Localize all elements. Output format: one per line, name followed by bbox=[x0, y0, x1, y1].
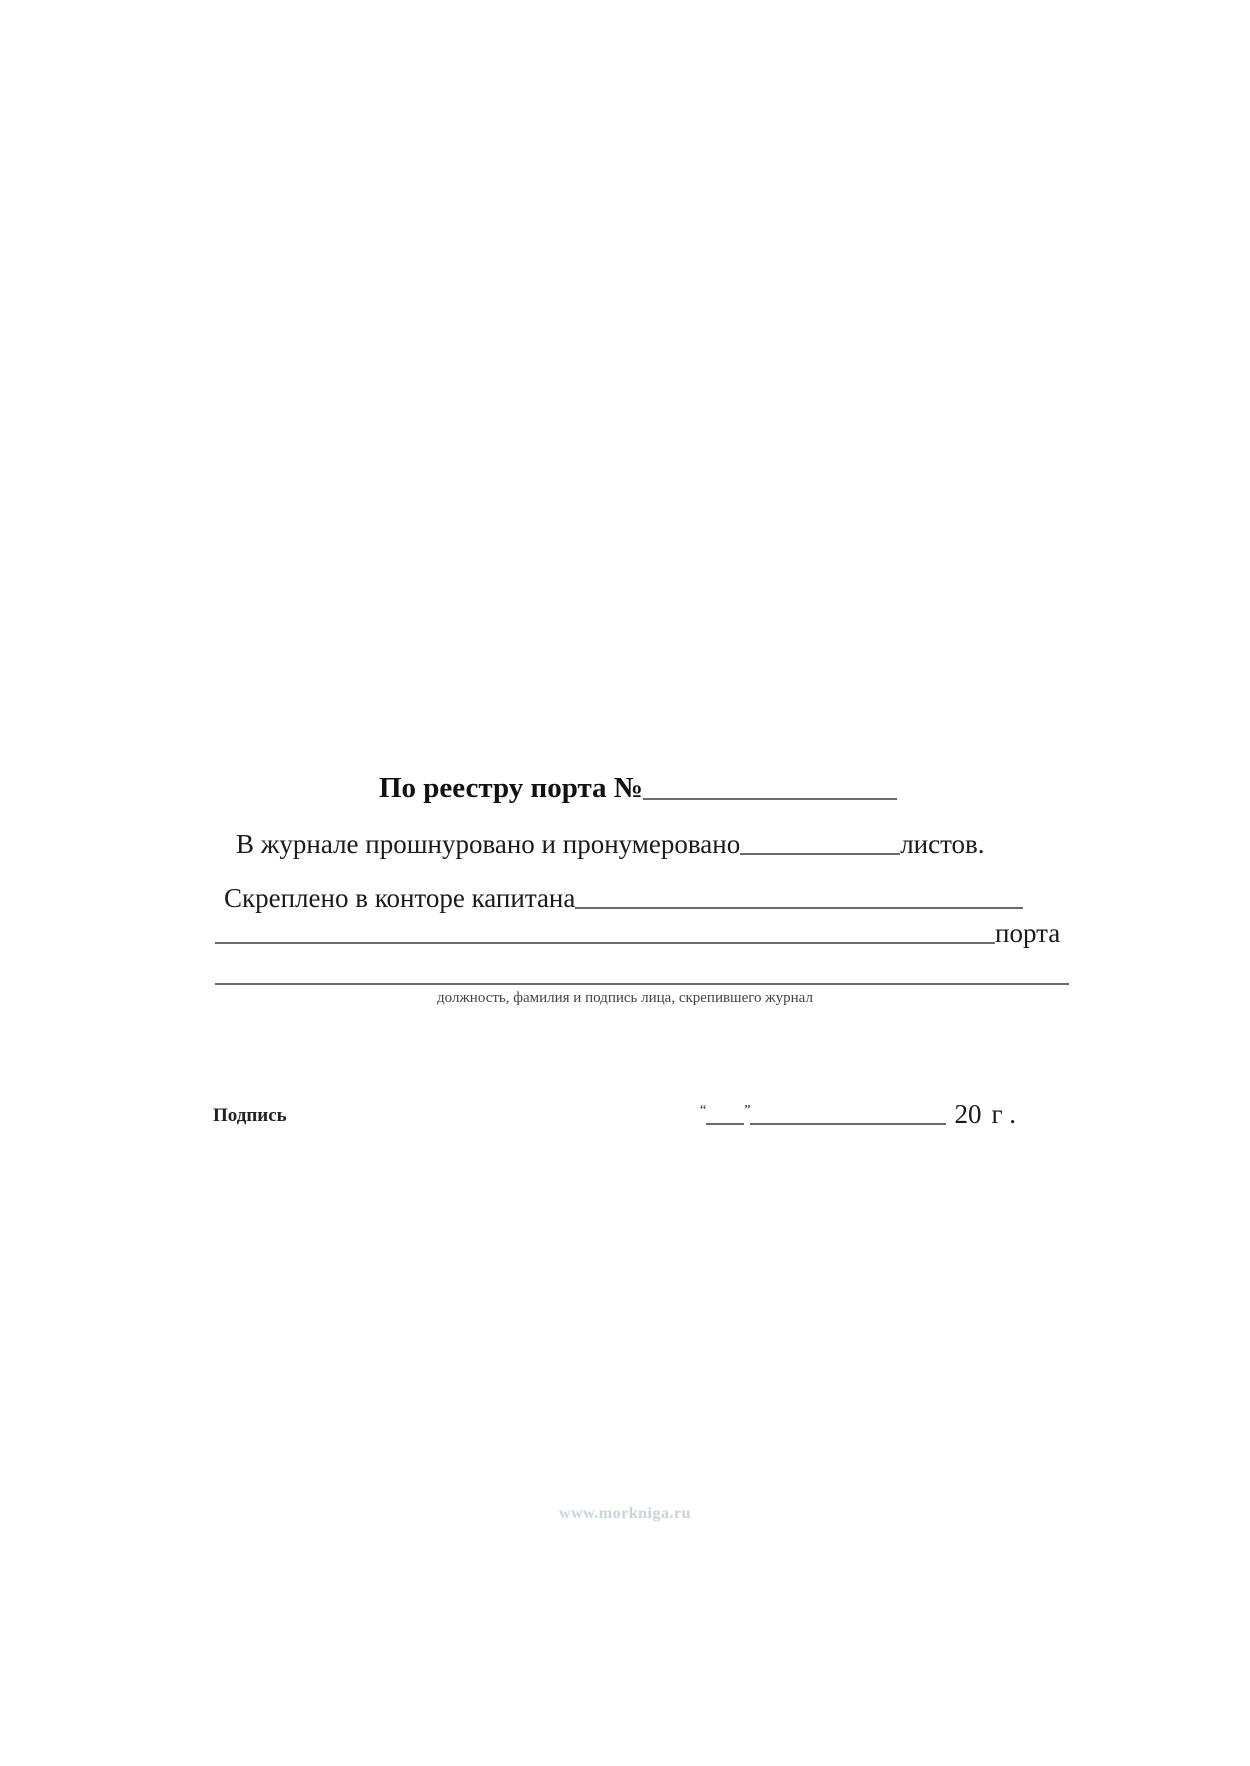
pages-count-suffix: листов. bbox=[900, 829, 984, 860]
date-line: “ ” 20 г . bbox=[700, 1099, 1016, 1130]
port-name-field[interactable] bbox=[215, 942, 995, 944]
pages-count-prefix: В журнале прошнуровано и пронумеровано bbox=[236, 829, 740, 860]
close-quote: ” bbox=[744, 1103, 750, 1119]
signer-details-field[interactable] bbox=[215, 983, 1069, 985]
month-field[interactable] bbox=[750, 1123, 946, 1125]
year-prefix: 20 bbox=[954, 1099, 981, 1130]
watermark: www.morkniga.ru bbox=[0, 1505, 1250, 1523]
sealed-by-line: Скреплено в конторе капитана bbox=[224, 883, 1023, 914]
year-suffix: г . bbox=[991, 1099, 1016, 1130]
registry-number-line: По реестру порта № bbox=[379, 772, 897, 805]
registry-number-field[interactable] bbox=[643, 798, 897, 800]
open-quote: “ bbox=[700, 1103, 706, 1119]
day-field[interactable] bbox=[706, 1123, 744, 1125]
signature-label: Подпись bbox=[213, 1105, 287, 1127]
captain-office-field[interactable] bbox=[575, 907, 1023, 909]
signer-caption: должность, фамилия и подпись лица, скреп… bbox=[0, 990, 1250, 1007]
sealed-by-label: Скреплено в конторе капитана bbox=[224, 883, 575, 914]
registry-number-label: По реестру порта № bbox=[379, 772, 643, 805]
pages-count-line: В журнале прошнуровано и пронумеровано л… bbox=[236, 829, 985, 860]
port-name-line: порта bbox=[215, 918, 1060, 949]
port-suffix: порта bbox=[995, 918, 1060, 949]
pages-count-field[interactable] bbox=[740, 853, 900, 855]
